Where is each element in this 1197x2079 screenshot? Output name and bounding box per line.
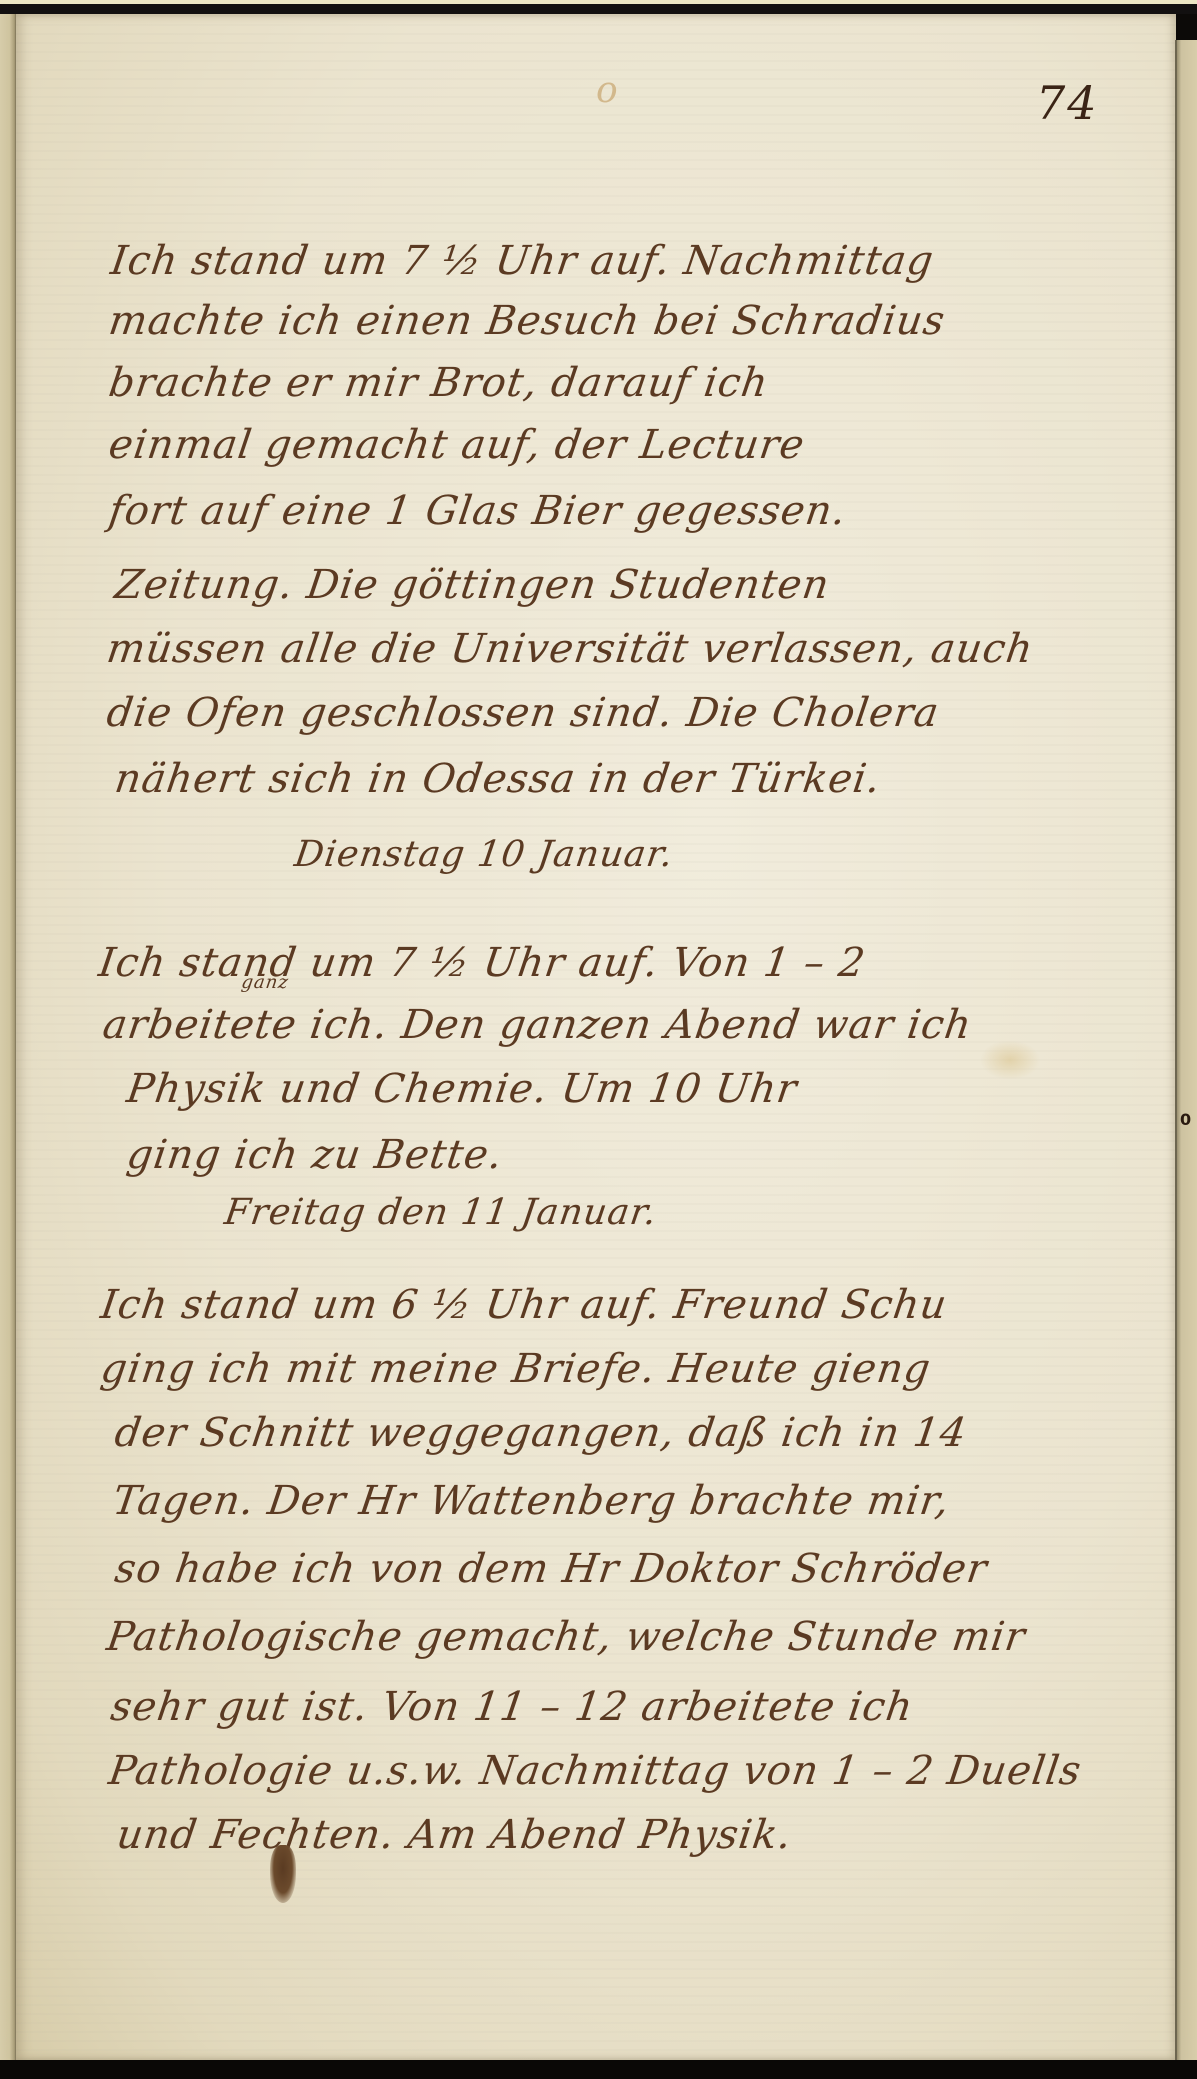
scan-top-border bbox=[0, 4, 1197, 14]
diary-line: die Ofen geschlossen sind. Die Cholera bbox=[104, 690, 942, 736]
diary-line: Pathologie u.s.w. Nachmittag von 1 – 2 D… bbox=[106, 1748, 1085, 1794]
edge-mark: 0 bbox=[1180, 1110, 1191, 1129]
diary-line: der Schnitt weggegangen, daß ich in 14 bbox=[112, 1410, 970, 1456]
diary-line: und Fechten. Am Abend Physik. bbox=[114, 1812, 795, 1858]
diary-line: arbeitete ich. Den ganzen Abend war ich bbox=[100, 1002, 975, 1048]
diary-line: machte ich einen Besuch bei Schradius bbox=[106, 298, 948, 344]
folio-number: 74 bbox=[1036, 76, 1099, 130]
diary-line: sehr gut ist. Von 11 – 12 arbeitete ich bbox=[108, 1684, 916, 1730]
interlinear-note: ganz bbox=[240, 972, 290, 993]
diary-line: Tagen. Der Hr Wattenberg brachte mir, bbox=[110, 1478, 953, 1524]
diary-line: ging ich zu Bette. bbox=[124, 1132, 506, 1178]
diary-line: einmal gemacht auf, der Lecture bbox=[106, 422, 808, 468]
page-edge-stack bbox=[1176, 40, 1197, 2060]
diary-line: nähert sich in Odessa in der Türkei. bbox=[112, 756, 884, 802]
diary-line: so habe ich von dem Hr Doktor Schröder bbox=[112, 1546, 990, 1592]
diary-line: Pathologische gemacht, welche Stunde mir bbox=[104, 1614, 1029, 1660]
entry-date-heading: Dienstag 10 Januar. bbox=[292, 834, 676, 875]
entry-date-heading: Freitag den 11 Januar. bbox=[222, 1192, 660, 1233]
diary-line: Zeitung. Die göttingen Studenten bbox=[112, 562, 833, 608]
diary-line: fort auf eine 1 Glas Bier gegessen. bbox=[106, 488, 849, 534]
diary-line: Ich stand um 7 ½ Uhr auf. Von 1 – 2 bbox=[96, 940, 869, 986]
ink-blot bbox=[270, 1845, 296, 1903]
binding-gutter bbox=[0, 14, 16, 2060]
diary-line: müssen alle die Universität verlassen, a… bbox=[104, 626, 1036, 672]
diary-line: Ich stand um 6 ½ Uhr auf. Freund Schu bbox=[98, 1282, 950, 1328]
diary-line: Ich stand um 7 ½ Uhr auf. Nachmittag bbox=[108, 238, 937, 284]
scan-bottom-border bbox=[0, 2060, 1197, 2079]
diary-line: ging ich mit meine Briefe. Heute gieng bbox=[98, 1346, 934, 1392]
paper-mark: o bbox=[596, 70, 618, 111]
page-edge-line bbox=[1175, 40, 1177, 2060]
diary-line: brachte er mir Brot, darauf ich bbox=[106, 360, 771, 406]
diary-line: Physik und Chemie. Um 10 Uhr bbox=[124, 1066, 800, 1112]
paper-stain bbox=[980, 1040, 1040, 1080]
